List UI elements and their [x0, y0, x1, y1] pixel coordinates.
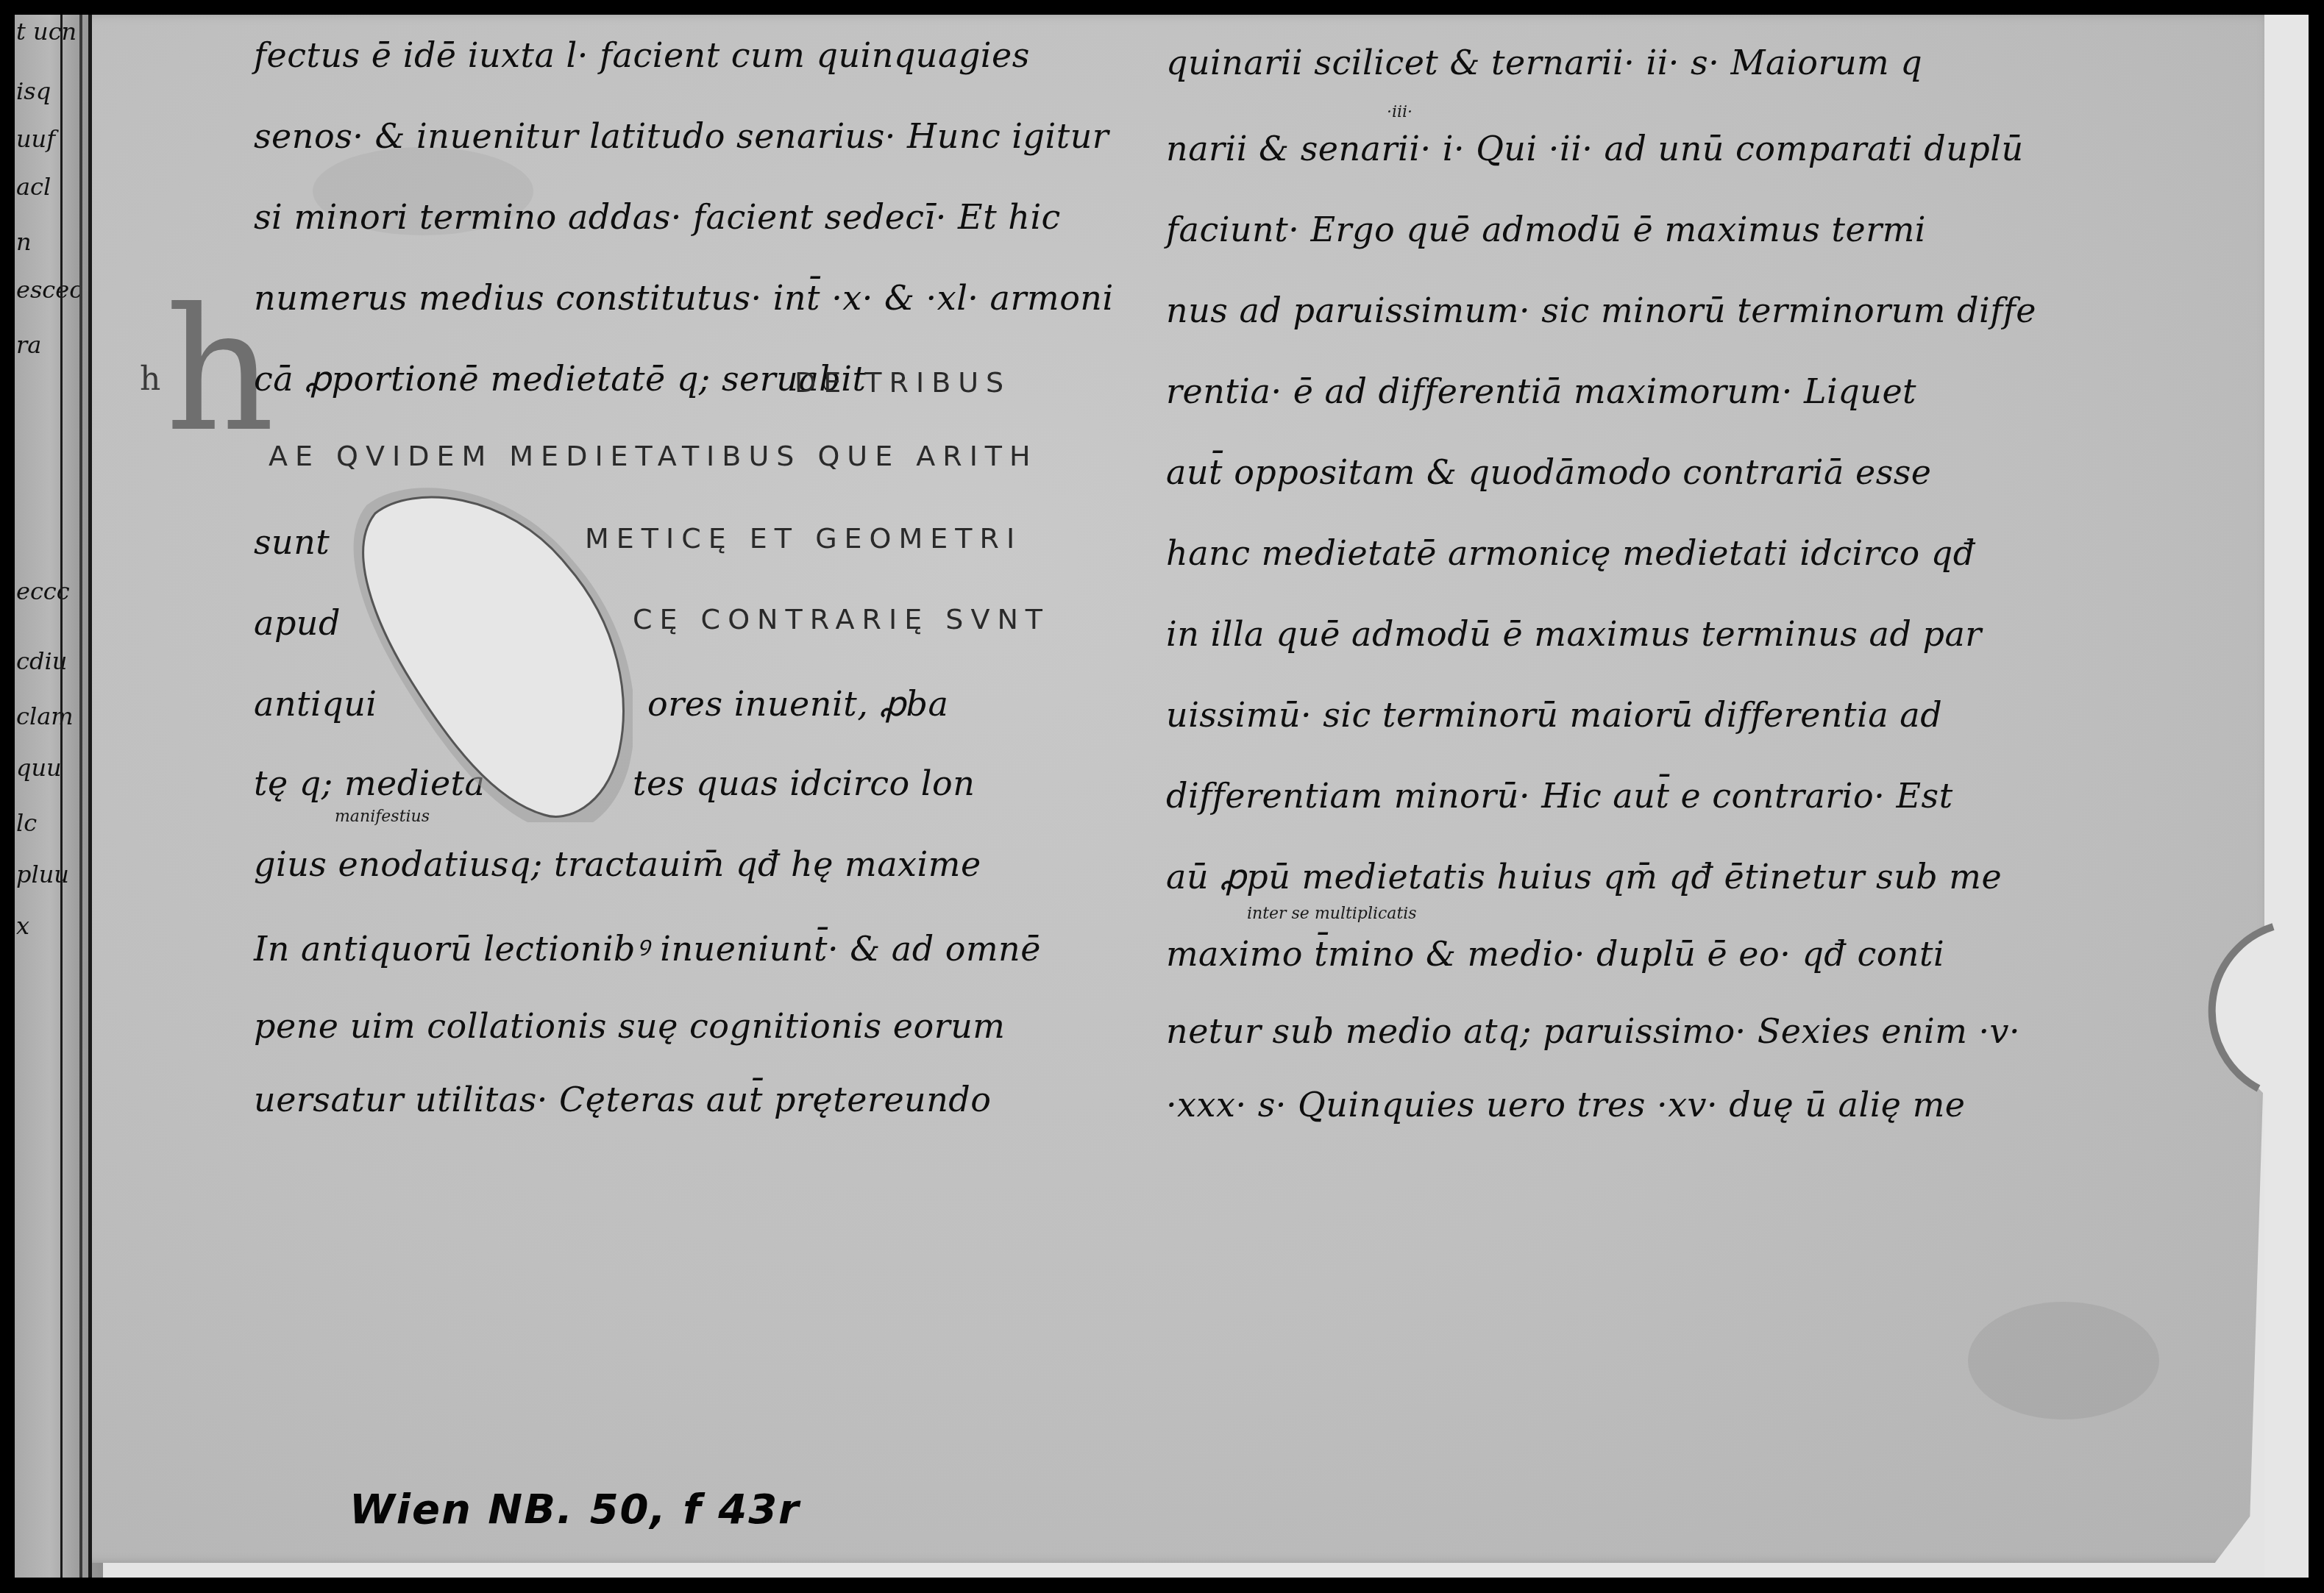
prev-page-fragment: t ucn [16, 18, 77, 46]
gutter-line [79, 15, 82, 1578]
text-line: rentia· ē ad differentiā maximorum· Liqu… [1166, 371, 1916, 411]
text-line: numerus medius constitutus· int̄ ·x· & ·… [254, 278, 1114, 318]
stain [1968, 1302, 2159, 1419]
prev-page-fragment: lc [16, 809, 37, 837]
text-line: aut̄ oppositam & quodāmodo contrariā ess… [1166, 452, 1932, 492]
text-line: gius enodatiusq; tractauim̄ qđ hę maxime [254, 844, 981, 884]
text-line: maximo t̄mino & medio· duplū ē eo· qđ co… [1166, 934, 1944, 974]
text-line: netur sub medio atq; paruissimo· Sexies … [1166, 1011, 2020, 1051]
background-strip [2264, 15, 2309, 1578]
text-line: hanc medietatē armonicę medietati idcirc… [1166, 533, 1975, 573]
text-line: fectus ē idē iuxta l· facient cum quinqu… [254, 35, 1030, 75]
prev-page-fragment: n [16, 228, 32, 256]
text-line: faciunt· Ergo quē admodū ē maximus termi [1166, 210, 1926, 249]
text-line: ores inuenit, ꝓba [647, 684, 948, 724]
page-notch [2163, 883, 2309, 1096]
text-line: nus ad paruissimum· sic minorū terminoru… [1166, 291, 2036, 330]
guide-letter: h [140, 360, 160, 398]
text-line: senos· & inuenitur latitudo senarius· Hu… [254, 116, 1109, 156]
text-line: quinarii scilicet & ternarii· ii· s· Mai… [1166, 43, 1922, 82]
photo-frame: t ucn isq uuf acl n escec ra eccc cdiu c… [15, 15, 2309, 1578]
prev-page-fragment: x [16, 912, 29, 940]
prev-page-fragment: isq [16, 77, 51, 105]
rubric-line: DE TRIBUS [795, 366, 1011, 399]
shelfmark-label: Wien NB. 50, f 43r [349, 1486, 800, 1533]
text-line: differentiam minorū· Hic aut̄ e contrari… [1166, 776, 1953, 816]
interlinear-gloss: inter se multiplicatis [1247, 905, 1417, 923]
prev-page-fragment: escec [16, 276, 82, 304]
prev-page-fragment: acl [16, 173, 51, 201]
rubric-line: CĘ CONTRARIĘ SVNT [633, 603, 1050, 635]
prev-page-fragment: uuf [16, 125, 55, 153]
prev-page-fragment: quu [16, 754, 62, 782]
text-line: pene uim collationis suę cognitionis eor… [254, 1006, 1005, 1046]
prev-page-fragment: clam [16, 702, 74, 730]
text-line: apud [254, 603, 341, 643]
gutter-line [60, 15, 63, 1578]
text-line: tes quas idcirco lon [633, 763, 975, 803]
text-line: uersatur utilitas· Cęteras aut̄ prętereu… [254, 1080, 992, 1119]
gutter-line [88, 15, 92, 1578]
text-line: in illa quē admodū ē maximus terminus ad… [1166, 614, 1982, 654]
text-line: uissimū· sic terminorū maiorū differenti… [1166, 695, 1942, 735]
rubric-line: METICĘ ET GEOMETRI [585, 522, 1022, 555]
text-line: si minori termino addas· facient sedecī·… [254, 197, 1061, 237]
text-line: sunt [254, 522, 330, 562]
parchment-hole [346, 477, 633, 822]
rubric-line: AE QVIDEM MEDIETATIBUS QUE ARITH [269, 440, 1038, 472]
text-line: aū ꝓpū medietatis huius qm̄ qđ ētinetur … [1166, 857, 2002, 897]
interlinear-gloss: ·iii· [1387, 103, 1412, 121]
text-line: In antiquorū lectionibꝰ inueniunt̄· & ad… [254, 925, 1041, 971]
prev-page-fragment: cdiu [16, 647, 67, 675]
text-line: narii & senarii· i· Qui ·ii· ad unū comp… [1166, 129, 2024, 168]
prev-page-fragment: ra [16, 331, 41, 359]
text-line: cā ꝓportionē medietatē q; seruabit [254, 359, 866, 399]
text-line: ·xxx· s· Quinquies uero tres ·xv· duę ū … [1166, 1085, 1966, 1125]
